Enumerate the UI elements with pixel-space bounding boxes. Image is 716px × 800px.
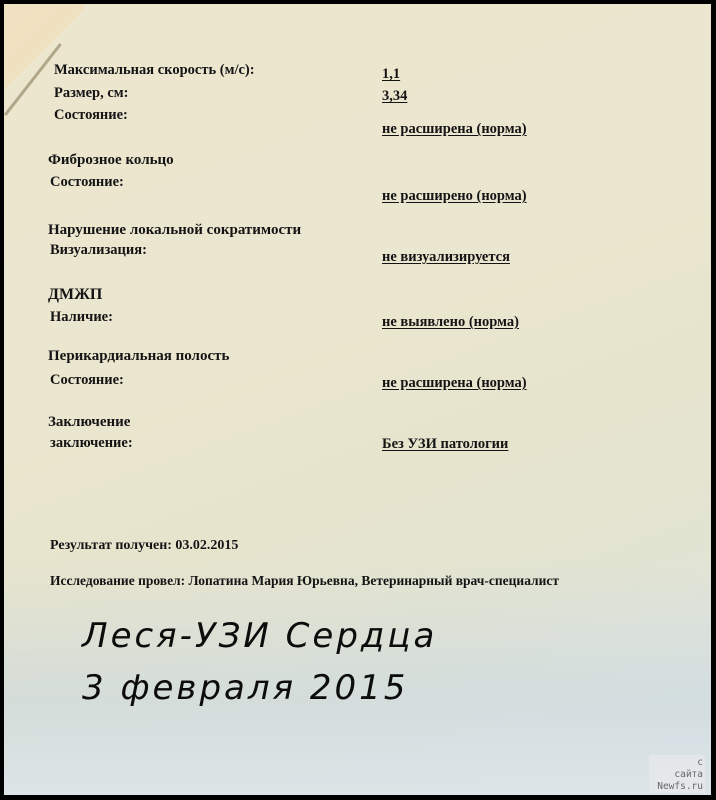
section-heading: Перикардиальная полость: [48, 348, 229, 365]
section-value: не расширена (норма): [382, 375, 527, 392]
section-label: заключение:: [50, 435, 133, 452]
result-received: Результат получен: 03.02.2015: [50, 538, 238, 554]
section-heading: Фиброзное кольцо: [48, 152, 174, 169]
caption-title: Леся-УЗИ Сердца: [82, 616, 437, 656]
section-label: Наличие:: [50, 309, 113, 326]
watermark-line: с: [657, 757, 703, 769]
row-label: Максимальная скорость (м/с):: [54, 62, 255, 79]
watermark: с сайта Newfs.ru: [649, 755, 705, 793]
watermark-line: сайта: [657, 769, 703, 781]
section-label: Визуализация:: [50, 242, 147, 259]
section-value: не выявлено (норма): [382, 314, 519, 331]
row-label: Состояние:: [54, 107, 128, 124]
section-heading: Заключение: [48, 414, 130, 431]
row-label: Размер, см:: [54, 85, 129, 102]
row-value: 1,1: [382, 66, 400, 83]
section-value: Без УЗИ патологии: [382, 436, 508, 453]
section-value: не визуализируется: [382, 249, 510, 266]
examined-by: Исследование провел: Лопатина Мария Юрье…: [50, 573, 559, 589]
row-value: 3,34: [382, 88, 407, 105]
row-value: не расширена (норма): [382, 121, 527, 138]
section-value: не расширено (норма): [382, 188, 527, 205]
section-heading: Нарушение локальной сократимости: [48, 222, 301, 239]
section-label: Состояние:: [50, 372, 124, 389]
caption-date: 3 февраля 2015: [82, 668, 408, 708]
section-heading: ДМЖП: [48, 286, 102, 304]
section-label: Состояние:: [50, 174, 124, 191]
ultrasound-report: Максимальная скорость (м/с): 1,1 Размер,…: [4, 4, 711, 795]
watermark-line: Newfs.ru: [657, 781, 703, 793]
document-photo: Максимальная скорость (м/с): 1,1 Размер,…: [4, 4, 711, 795]
